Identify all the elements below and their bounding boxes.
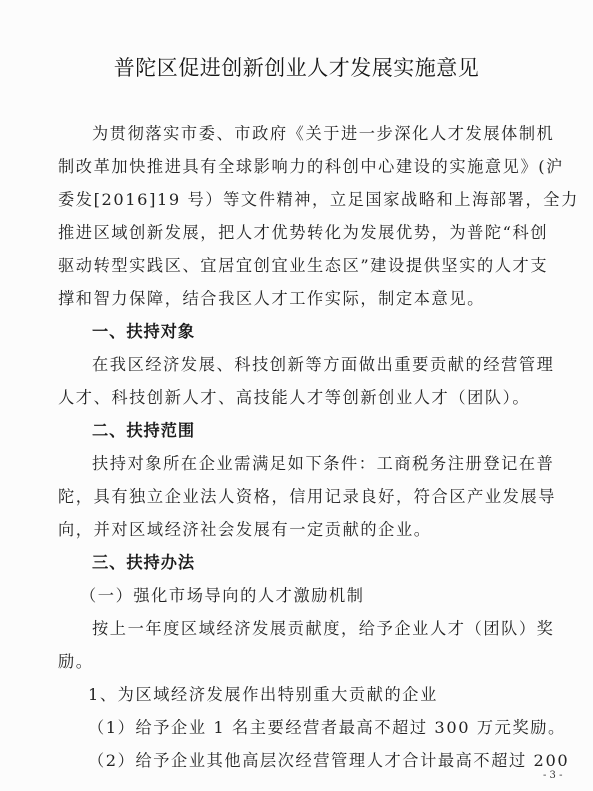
list-item: （1）给予企业 1 名主要经营者最高不超过 300 万元奖励。 [88,717,588,739]
subsection-heading: （一）强化市场导向的人才激励机制 [80,585,580,607]
document-page: 普陀区促进创新创业人才发展实施意见 为贯彻落实市委、市政府《关于进一步深化人才发… [0,0,593,791]
document-title: 普陀区促进创新创业人才发展实施意见 [0,52,593,82]
list-item: （2）给予企业其他高层次经营管理人才合计最高不超过 200 [88,750,588,772]
paragraph-line: 制改革加快推进具有全球影响力的科创中心建设的实施意见》(沪 [58,156,558,178]
paragraph-line: 委发[2016]19 号）等文件精神，立足国家战略和上海部署，全力 [58,189,558,211]
paragraph-line: 陀，具有独立企业法人资格，信用记录良好，符合区产业发展导 [58,486,558,508]
paragraph-line: 向，并对区域经济社会发展有一定贡献的企业。 [58,519,558,541]
section-heading-support-targets: 一、扶持对象 [92,321,592,343]
page-number: - 3 - [543,770,562,781]
paragraph-line: 在我区经济发展、科技创新等方面做出重要贡献的经营管理 [92,354,592,376]
section-heading-support-scope: 二、扶持范围 [92,420,592,442]
paragraph-line: 为贯彻落实市委、市政府《关于进一步深化人才发展体制机 [92,123,592,145]
paragraph-line: 撑和智力保障，结合我区人才工作实际，制定本意见。 [58,288,558,310]
section-heading-support-methods: 三、扶持办法 [92,552,592,574]
paragraph-line: 人才、科技创新人才、高技能人才等创新创业人才（团队）。 [58,387,558,409]
paragraph-line: 按上一年度区域经济发展贡献度，给予企业人才（团队）奖 [92,618,592,640]
paragraph-line: 扶持对象所在企业需满足如下条件：工商税务注册登记在普 [92,453,592,475]
paragraph-line: 励。 [58,651,558,673]
paragraph-line: 推进区域创新发展，把人才优势转化为发展优势，为普陀“科创 [58,222,558,244]
paragraph-line: 驱动转型实践区、宜居宜创宜业生态区”建设提供坚实的人才支 [58,255,558,277]
list-item: 1、为区域经济发展作出特别重大贡献的企业 [88,684,588,706]
